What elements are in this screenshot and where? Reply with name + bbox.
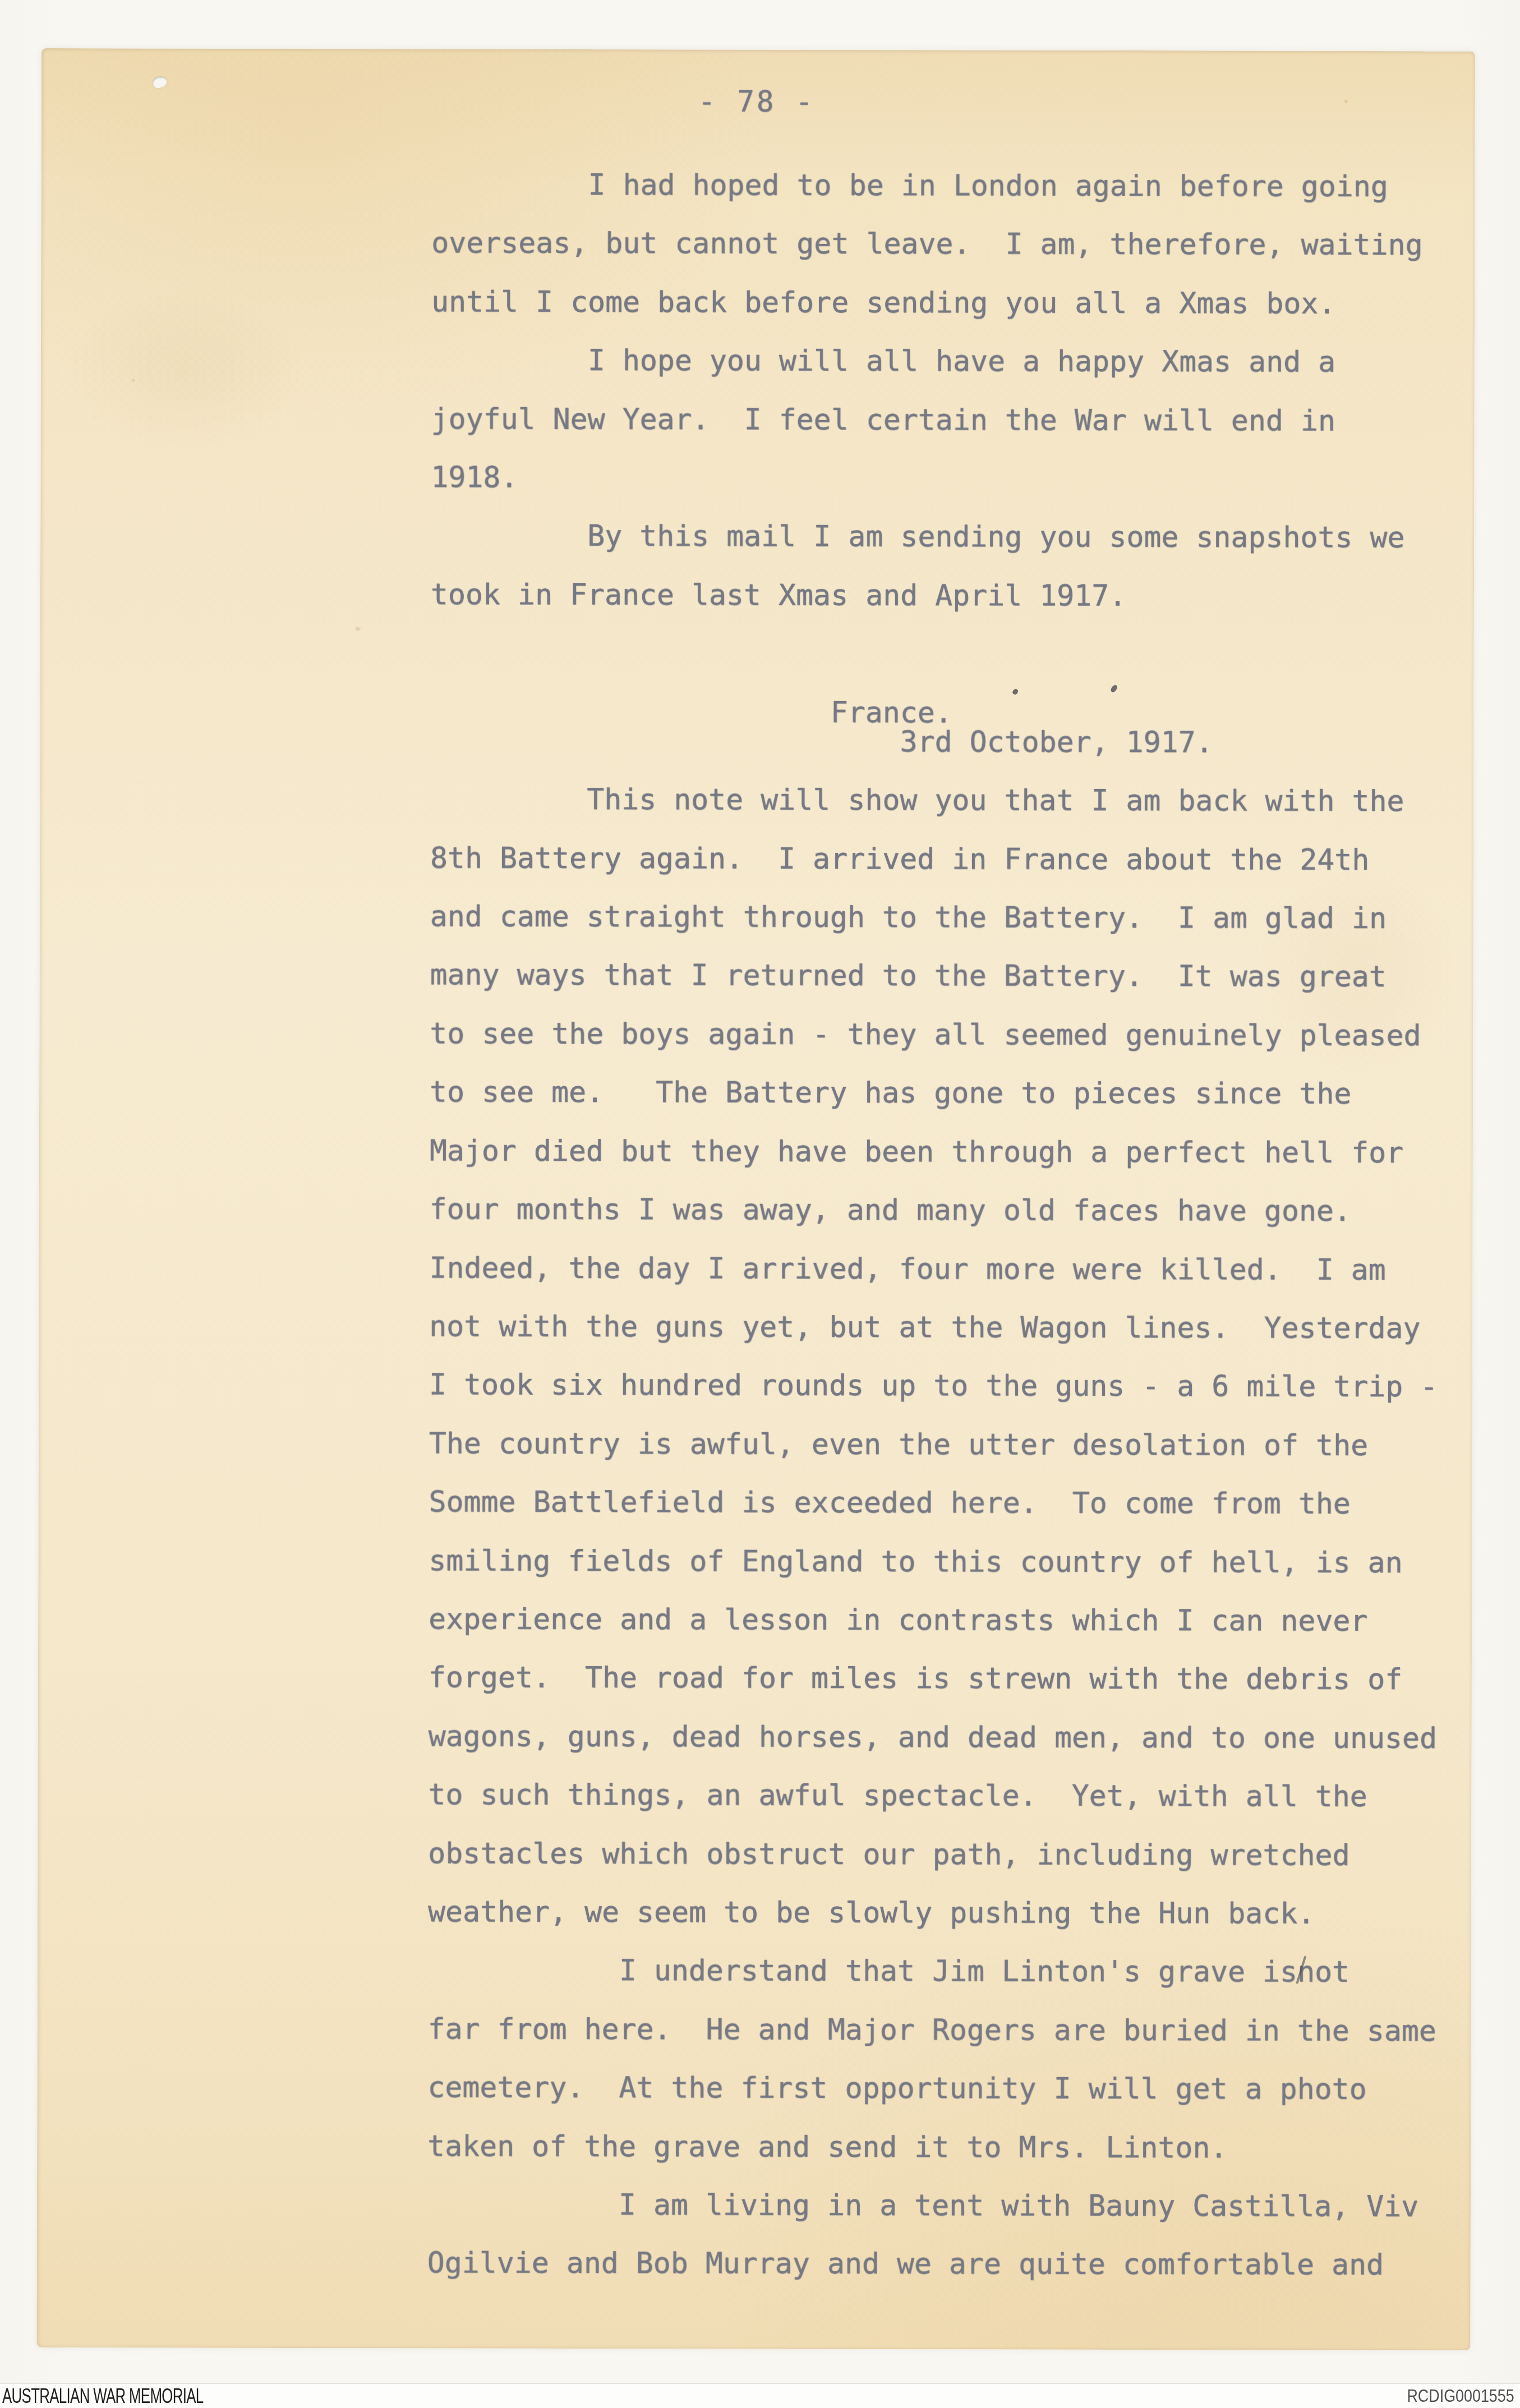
page-number: - 78 - (698, 85, 815, 118)
letter-body-text: I had hoped to be in London again before… (427, 170, 1440, 2280)
footer-bar: AUSTRALIAN WAR MEMORIAL RCDIG0001555 (0, 2383, 1520, 2408)
item-id-label: RCDIG0001555 (1407, 2386, 1514, 2406)
paper-hole (151, 75, 168, 90)
archive-name-label: AUSTRALIAN WAR MEMORIAL (2, 2384, 204, 2408)
letter-page: - 78 - I had hoped to be in London again… (36, 48, 1475, 2350)
